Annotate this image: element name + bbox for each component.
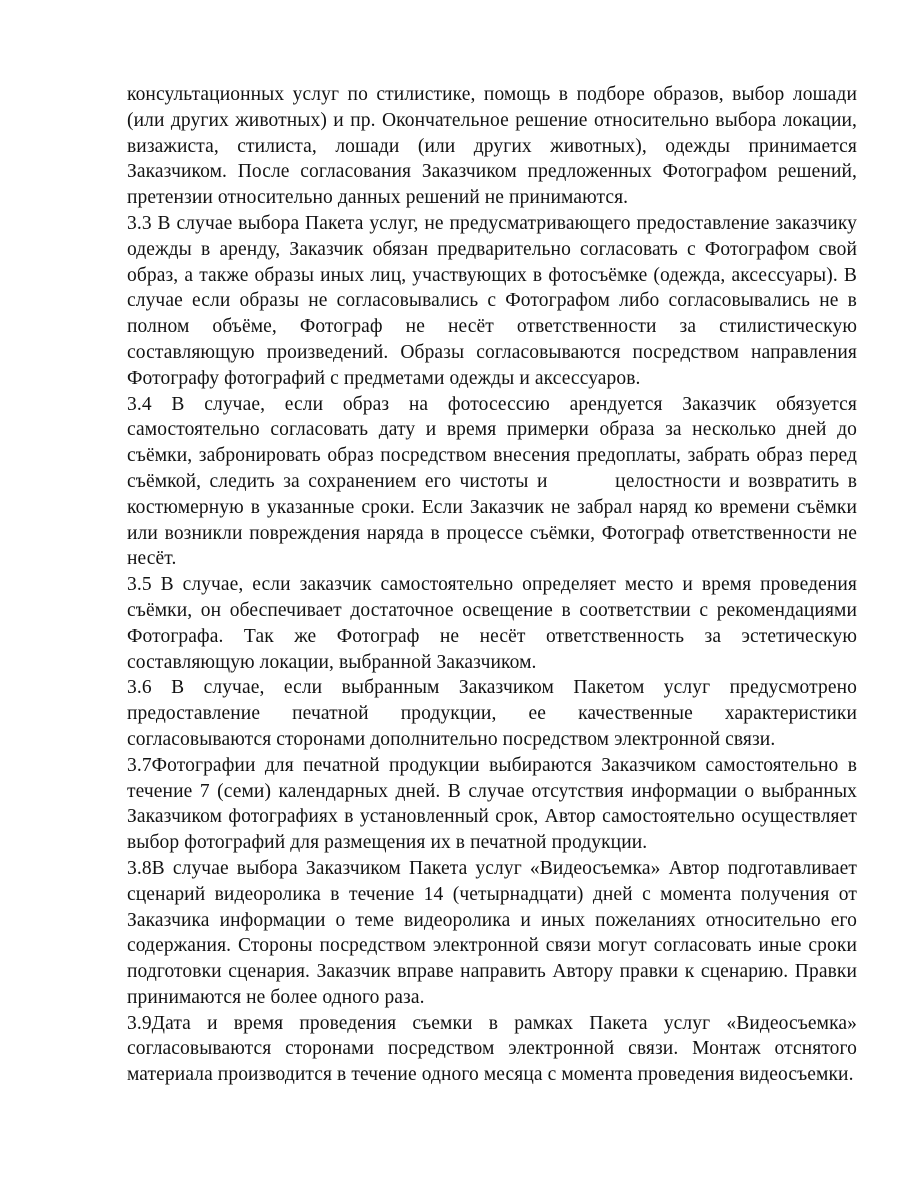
paragraph-3-6: 3.6 В случае, если выбранным Заказчиком … [127,675,857,752]
paragraph-3-3: 3.3 В случае выбора Пакета услуг, не пре… [127,211,857,392]
paragraph-3-8: 3.8В случае выбора Заказчиком Пакета усл… [127,856,857,1011]
paragraph-continuation: консультационных услуг по стилистике, по… [127,82,857,211]
paragraph-3-9: 3.9Дата и время проведения съемки в рамк… [127,1011,857,1088]
document-page: консультационных услуг по стилистике, по… [0,0,911,1179]
paragraph-3-5: 3.5 В случае, если заказчик самостоятель… [127,572,857,675]
paragraph-3-7: 3.7Фотографии для печатной продукции выб… [127,753,857,856]
contract-text-block: консультационных услуг по стилистике, по… [127,82,857,1088]
paragraph-3-4: 3.4 В случае, если образ на фотосессию а… [127,392,857,573]
